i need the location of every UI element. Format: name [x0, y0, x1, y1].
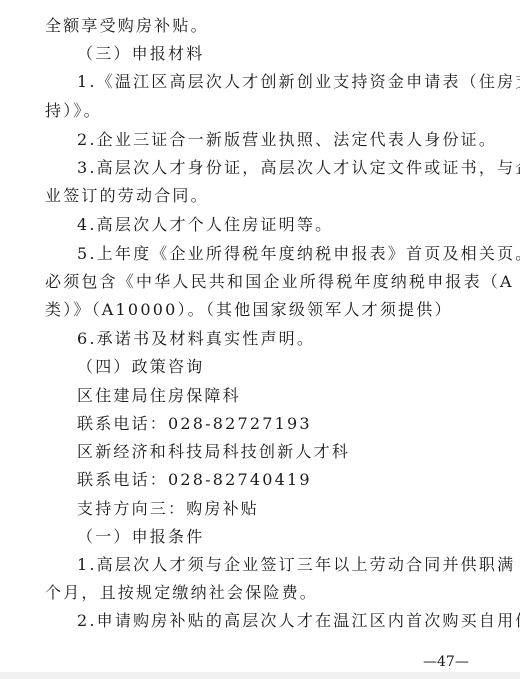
text-line: 2.企业三证合一新版营业执照、法定代表人身份证。 — [77, 130, 497, 150]
text-line: 个月，且按规定缴纳社会保险费。 — [45, 583, 318, 603]
document-page: 全额享受购房补贴。（三）申报材料1.《温江区高层次人才创新创业支持资金申请表（住… — [0, 0, 520, 672]
text-line: 4.高层次人才个人住房证明等。 — [77, 215, 333, 235]
text-line: 业签订的劳动合同。 — [45, 186, 209, 206]
text-line: 支持方向三：购房补贴 — [77, 499, 259, 519]
text-line: （三）申报材料 — [77, 44, 204, 64]
text-line: 全额享受购房补贴。 — [45, 16, 209, 36]
text-line: 2.申请购房补贴的高层次人才在温江区内首次购买自用住 — [77, 611, 520, 631]
text-line: 类）》（A10000）。（其他国家级领军人才须提供） — [45, 300, 453, 320]
text-line: 必须包含《中华人民共和国企业所得税年度纳税申报表（A — [45, 272, 514, 292]
text-line: 1.高层次人才须与企业签订三年以上劳动合同并供职满 12 — [77, 555, 520, 575]
page-number: —47— — [423, 654, 469, 670]
text-line: 1.《温江区高层次人才创新创业支持资金申请表（住房支 — [77, 72, 520, 92]
text-line: 联系电话：028-82727193 — [77, 414, 312, 434]
text-line: 区新经济和科技局科技创新人才科 — [77, 442, 350, 462]
text-line: 区住建局住房保障科 — [77, 386, 241, 406]
text-line: 3.高层次人才身份证，高层次人才认定文件或证书，与企 — [77, 158, 520, 178]
page-bottom-edge — [0, 672, 520, 679]
text-line: （四）政策咨询 — [77, 357, 204, 377]
text-line: （一）申报条件 — [77, 527, 204, 547]
text-line: 联系电话：028-82740419 — [77, 470, 312, 490]
text-line: 5.上年度《企业所得税年度纳税申报表》首页及相关页。 — [77, 244, 520, 264]
text-line: 持）》。 — [45, 101, 102, 121]
text-line: 6.承诺书及材料真实性声明。 — [77, 329, 315, 349]
